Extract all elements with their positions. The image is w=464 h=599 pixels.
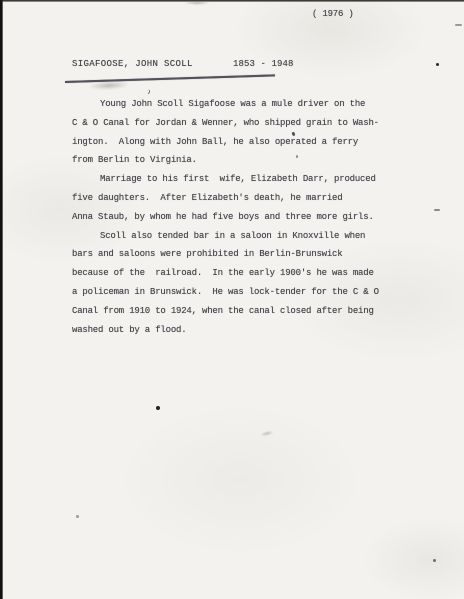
ink-speck xyxy=(436,63,439,66)
text-line: because of the railroad. In the early 19… xyxy=(72,264,402,283)
ink-speck xyxy=(76,515,79,518)
text-line: Canal from 1910 to 1924, when the canal … xyxy=(72,302,402,321)
document-title: SIGAFOOSE, JOHN SCOLL xyxy=(72,59,193,69)
text-line: bars and saloons were prohibited in Berl… xyxy=(72,245,402,264)
text-line: Anna Staub, by whom he had five boys and… xyxy=(72,208,402,227)
smudge-mark xyxy=(260,429,275,437)
text-line: Marriage to his first wife, Elizabeth Da… xyxy=(72,170,402,189)
smudge-mark xyxy=(184,1,210,5)
ink-speck xyxy=(433,559,436,562)
ink-speck xyxy=(156,406,160,410)
paragraph: Young John Scoll Sigafoose was a mule dr… xyxy=(72,95,402,170)
year-stamp: ( 1976 ) xyxy=(312,9,354,19)
text-line: from Berlin to Virginia. xyxy=(72,151,402,170)
text-line: ington. Along with John Ball, he also op… xyxy=(72,133,402,152)
text-line: C & O Canal for Jordan & Wenner, who shi… xyxy=(72,114,402,133)
text-line: five daughters. After Elizabeth's death,… xyxy=(72,189,402,208)
text-line: a policeman in Brunswick. He was lock-te… xyxy=(72,283,402,302)
text-line: washed out by a flood. xyxy=(72,321,402,340)
scanned-document-page: ( 1976 ) SIGAFOOSE, JOHN SCOLL 1853 - 19… xyxy=(0,0,464,599)
life-dates: 1853 - 1948 xyxy=(233,59,294,69)
text-line: Scoll also tended bar in a saloon in Kno… xyxy=(72,227,402,246)
ink-speck xyxy=(296,155,298,158)
scan-edge-left xyxy=(0,0,3,599)
scan-edge-top xyxy=(0,0,464,2)
paragraph: Scoll also tended bar in a saloon in Kno… xyxy=(72,227,402,340)
paragraph: Marriage to his first wife, Elizabeth Da… xyxy=(72,170,402,226)
document-body: Young John Scoll Sigafoose was a mule dr… xyxy=(72,95,402,339)
text-line: Young John Scoll Sigafoose was a mule dr… xyxy=(72,95,402,114)
title-underline xyxy=(65,74,275,82)
ink-speck xyxy=(455,24,462,26)
ink-speck xyxy=(434,209,440,211)
ink-speck xyxy=(144,88,150,94)
